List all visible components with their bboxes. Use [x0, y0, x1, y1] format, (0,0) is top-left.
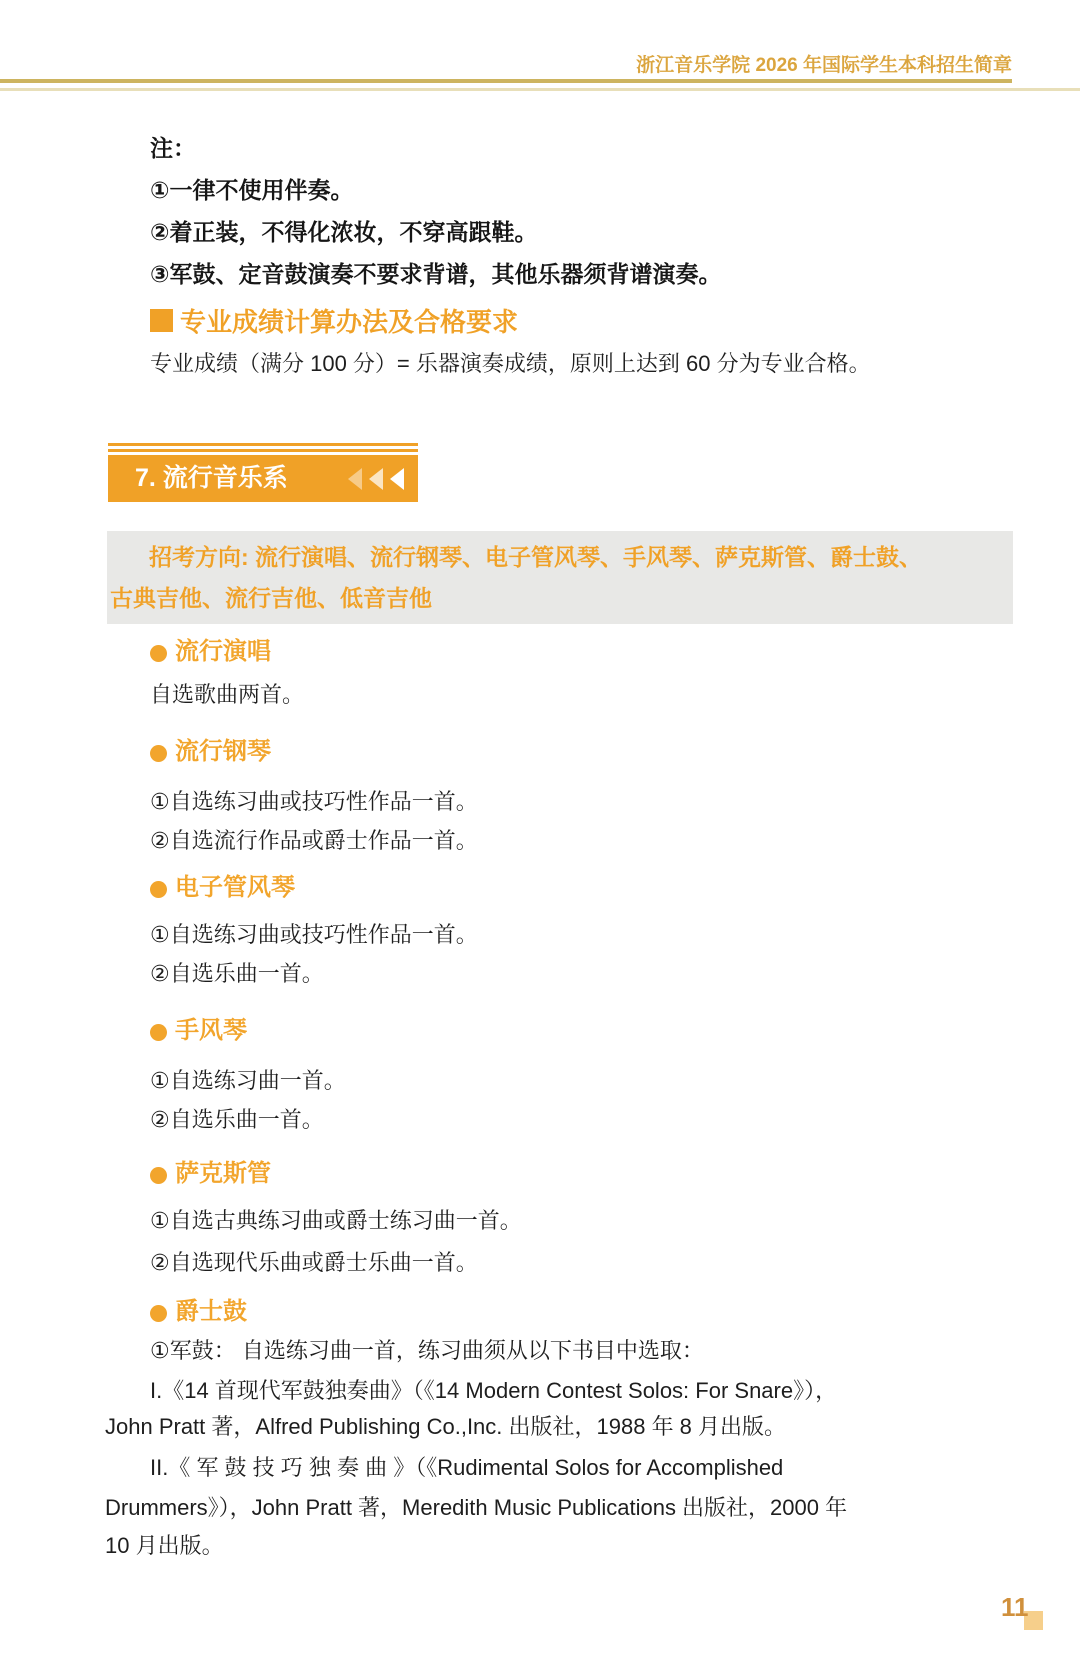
book-reference-line: II.《 军 鼓 技 巧 独 奏 曲 》（《Rudimental Solos f…: [150, 1452, 783, 1484]
requirement-line: ①自选练习曲或技巧性作品一首。: [150, 786, 478, 818]
subsection-title-pop-piano: 流行钢琴: [150, 736, 271, 768]
chapter-title: 7. 流行音乐系: [135, 455, 288, 502]
book-reference-line: Drummers》），John Pratt 著，Meredith Music P…: [105, 1492, 847, 1524]
header-rule-thick: [0, 79, 1012, 83]
document-header-title: 浙江音乐学院 2026 年国际学生本科招生简章: [636, 50, 1012, 77]
document-page: 浙江音乐学院 2026 年国际学生本科招生简章 注： ①一律不使用伴奏。 ②着正…: [0, 0, 1080, 1661]
page-number: 11: [1001, 1592, 1029, 1623]
requirement-line: ②自选乐曲一首。: [150, 958, 324, 990]
subsection-title-accordion: 手风琴: [150, 1015, 247, 1047]
requirement-line: 自选歌曲两首。: [150, 679, 304, 711]
requirement-line: ②自选现代乐曲或爵士乐曲一首。: [150, 1247, 478, 1279]
subsection-title-text: 流行钢琴: [175, 736, 271, 768]
subsection-title-saxophone: 萨克斯管: [150, 1158, 271, 1190]
chapter-banner: 7. 流行音乐系: [108, 455, 418, 502]
chevron-left-icon: [390, 468, 404, 490]
note-item: ②着正装，不得化浓妆，不穿高跟鞋。: [150, 216, 537, 248]
directions-line: 招考方向: 流行演唱、流行钢琴、电子管风琴、手风琴、萨克斯管、爵士鼓、: [149, 537, 1013, 578]
bullet-icon: [150, 645, 167, 662]
requirement-line: ②自选流行作品或爵士作品一首。: [150, 825, 478, 857]
bullet-icon: [150, 1167, 167, 1184]
score-section-body: 专业成绩（满分 100 分）= 乐器演奏成绩，原则上达到 60 分为专业合格。: [150, 348, 871, 380]
section-marker-icon: [150, 309, 173, 332]
subsection-title-text: 萨克斯管: [175, 1158, 271, 1190]
requirement-line: ②自选乐曲一首。: [150, 1104, 324, 1136]
subsection-title-jazz-drums: 爵士鼓: [150, 1296, 247, 1328]
subsection-title-pop-vocal: 流行演唱: [150, 636, 271, 668]
score-section-heading: 专业成绩计算办法及合格要求: [150, 302, 518, 339]
book-reference-line: I.《14 首现代军鼓独奏曲》（《14 Modern Contest Solos…: [150, 1375, 837, 1407]
subsection-title-text: 爵士鼓: [175, 1296, 247, 1328]
note-item: ①一律不使用伴奏。: [150, 174, 353, 206]
subsection-title-text: 流行演唱: [175, 636, 271, 668]
book-reference-line: John Pratt 著，Alfred Publishing Co.,Inc. …: [105, 1411, 786, 1443]
header-rule-thin: [0, 88, 1080, 91]
chevron-left-icon: [348, 468, 362, 490]
bullet-icon: [150, 1305, 167, 1322]
chapter-double-rule: [108, 443, 418, 452]
subsection-title-text: 电子管风琴: [175, 872, 295, 904]
requirement-line: ①自选古典练习曲或爵士练习曲一首。: [150, 1205, 522, 1237]
requirement-line: ①自选练习曲或技巧性作品一首。: [150, 919, 478, 951]
notes-label: 注：: [150, 132, 196, 164]
book-reference-line: 10 月出版。: [105, 1530, 224, 1562]
requirement-line: ①军鼓： 自选练习曲一首，练习曲须从以下书目中选取：: [150, 1335, 704, 1367]
bullet-icon: [150, 1024, 167, 1041]
subsection-title-electronic-organ: 电子管风琴: [150, 872, 295, 904]
bullet-icon: [150, 881, 167, 898]
subsection-title-text: 手风琴: [175, 1015, 247, 1047]
chevron-left-icons: [348, 455, 404, 502]
bullet-icon: [150, 745, 167, 762]
requirement-line: ①自选练习曲一首。: [150, 1065, 346, 1097]
directions-line: 古典吉他、流行吉他、低音吉他: [110, 578, 1013, 619]
chevron-left-icon: [369, 468, 383, 490]
score-section-title: 专业成绩计算办法及合格要求: [180, 302, 518, 339]
admission-directions-box: 招考方向: 流行演唱、流行钢琴、电子管风琴、手风琴、萨克斯管、爵士鼓、 古典吉他…: [107, 531, 1013, 624]
note-item: ③军鼓、定音鼓演奏不要求背谱，其他乐器须背谱演奏。: [150, 258, 721, 290]
